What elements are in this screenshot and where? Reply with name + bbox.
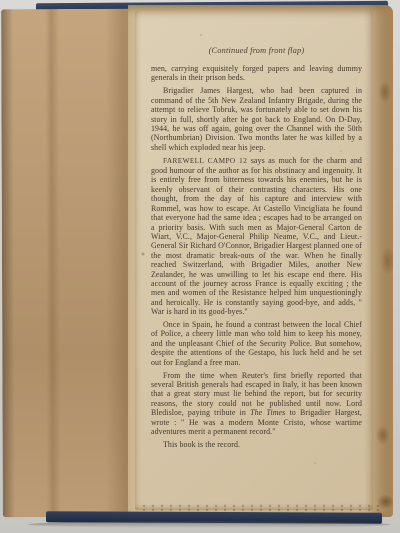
flap-paragraph: This book is the record. [151,440,362,449]
text-run-italic: The Times [250,408,285,417]
flap-paragraphs: men, carrying exquisitely forged papers … [151,64,362,449]
book-shadow [28,521,390,528]
text-run-normal: This book is the record. [163,440,240,449]
flap-paragraph: men, carrying exquisitely forged papers … [151,64,362,83]
text-run-normal: says as much for the charm and good humo… [151,156,362,317]
flap-paragraph: From the time when Reuter's first briefl… [151,371,362,437]
flap-paragraph: FAREWELL CAMPO 12 says as much for the c… [151,156,362,317]
text-run-normal: Brigadier James Hargest, who had been ca… [151,86,362,151]
endpapers-gutter [1,9,145,517]
text-run-smallcaps: FAREWELL CAMPO 12 [163,157,247,165]
text-run-normal: men, carrying exquisitely forged papers … [151,64,362,82]
book-photo: (Continued from front flap) men, carryin… [0,0,400,533]
flap-paragraph: Once in Spain, he found a contrast betwe… [151,320,362,367]
page-bottom-speckles [142,504,380,511]
continued-from-front-flap-note: (Continued from front flap) [151,46,362,55]
flap-paragraph: Brigadier James Hargest, who had been ca… [151,86,362,152]
flap-text: (Continued from front flap) men, carryin… [151,46,362,453]
text-run-normal: Once in Spain, he found a contrast betwe… [151,320,362,367]
page-fore-edge [364,5,393,517]
